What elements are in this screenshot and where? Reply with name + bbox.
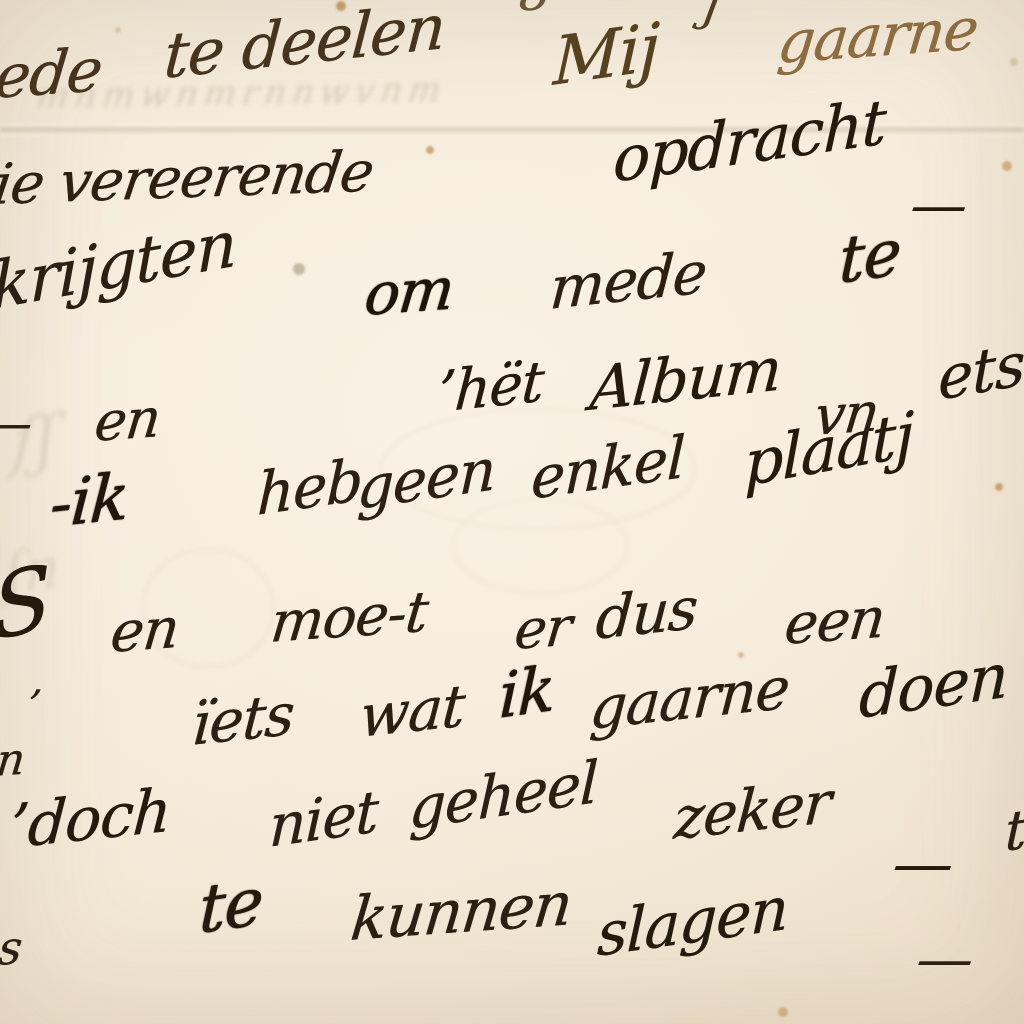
foxing-spot	[1002, 161, 1012, 171]
handwritten-word-line8: —	[888, 834, 958, 894]
ink-showthrough-ring	[452, 498, 628, 594]
handwritten-word-line5: heb	[256, 450, 363, 524]
handwritten-word-line1: ʃ	[700, 0, 725, 30]
handwritten-word-line1: 8	[516, 0, 554, 18]
foxing-spot	[738, 652, 744, 658]
foxing-spot	[293, 263, 305, 275]
handwritten-word-line9: kunnen	[348, 874, 574, 950]
handwritten-word-line9: te	[198, 868, 263, 944]
handwritten-word-line8: geheel	[408, 753, 598, 838]
handwritten-word-line4: ’hët	[436, 354, 545, 422]
handwritten-word-line1: Mij	[552, 14, 659, 96]
handwritten-word-line6: een	[782, 591, 887, 654]
handwritten-word-line6: er	[512, 600, 573, 658]
handwritten-word-line3: krijgten	[0, 212, 236, 320]
handwritten-word-line8: t	[1004, 802, 1024, 860]
foxing-spot	[426, 146, 434, 154]
handwritten-word-line5: geen	[356, 440, 496, 518]
handwritten-word-line1: gaarne	[775, 0, 980, 72]
handwritten-word-line8: niet	[268, 782, 379, 856]
handwritten-word-line5: plaatj	[744, 403, 913, 496]
handwritten-word-line3: mede	[548, 243, 708, 318]
handwritten-word-line6: S	[0, 552, 52, 654]
handwritten-word-line4: Album	[588, 339, 783, 420]
handwritten-word-line2: —	[906, 178, 971, 234]
handwritten-word-line3: om	[362, 259, 456, 324]
handwritten-word-line7: gaarne	[588, 658, 791, 738]
foxing-spot	[1010, 58, 1018, 66]
handwritten-word-line2: ie vereerende	[0, 144, 376, 214]
handwritten-word-line1: ede	[0, 40, 105, 108]
handwritten-word-line9: slagen	[596, 878, 789, 966]
handwritten-word-line8: zeker	[672, 773, 832, 848]
foxing-spot	[115, 27, 121, 33]
handwritten-word-line8: ’doch	[8, 780, 172, 858]
handwritten-word-line3: te	[838, 220, 901, 294]
handwritten-word-line7: n	[0, 738, 26, 784]
handwritten-word-line7: ʼ	[22, 686, 41, 726]
handwritten-word-line7: ik	[498, 657, 555, 728]
handwritten-word-line6: moe-t	[268, 585, 430, 652]
handwritten-word-line7: wat	[358, 676, 466, 746]
handwritten-word-line2: opdracht	[612, 91, 886, 192]
handwritten-word-line4: ets	[938, 334, 1024, 410]
handwritten-word-line7: doen	[858, 644, 1008, 728]
foxing-spot	[995, 483, 1003, 491]
handwritten-word-line5: -ik	[48, 465, 130, 538]
handwritten-word-line6: dus	[594, 579, 699, 648]
handwritten-word-line6: en	[108, 601, 181, 662]
handwritten-word-line4: en	[92, 391, 162, 450]
handwritten-word-line9: —	[912, 932, 977, 988]
letter-page: mnmwnmrnnwvnmſʃʃn8ʃedete deelenMijgaarne…	[0, 0, 1024, 1024]
handwritten-word-line7: ïets	[190, 685, 296, 754]
handwritten-word-line9: s	[0, 924, 23, 972]
foxing-spot	[778, 1007, 788, 1017]
